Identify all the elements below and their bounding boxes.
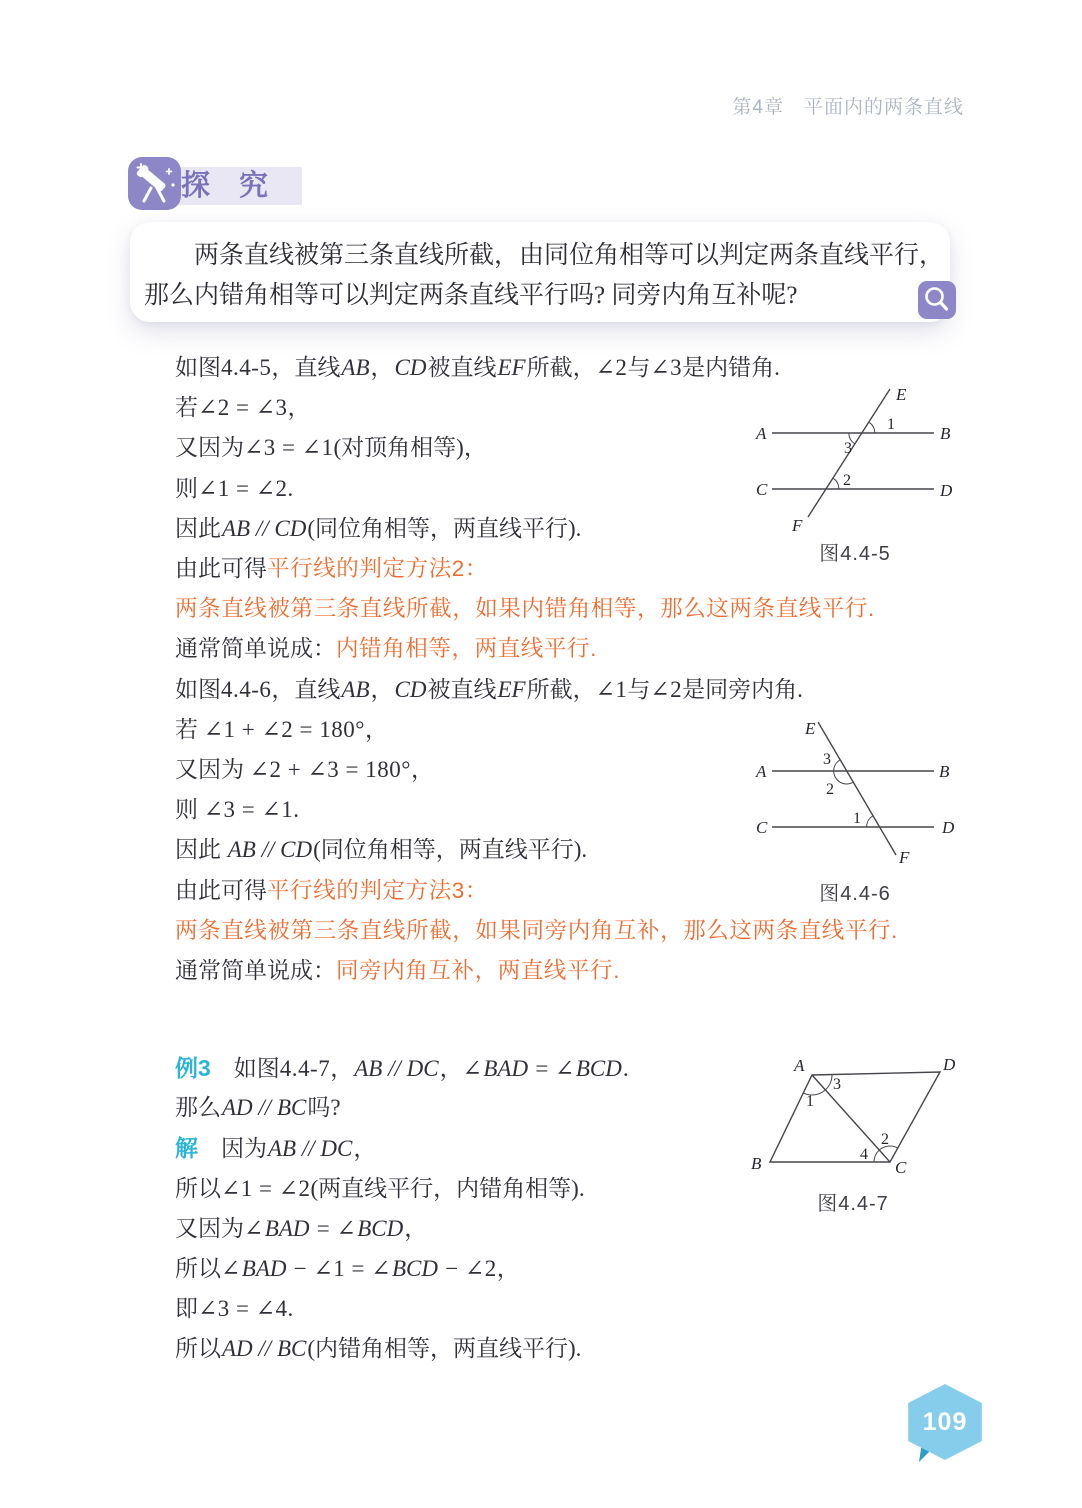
telescope-icon: [128, 157, 181, 210]
text-line: 所以∠1 = ∠2(两直线平行，内错角相等).: [175, 1169, 585, 1209]
text-line: 由此可得平行线的判定方法3：: [175, 871, 488, 911]
text-segment: 与: [627, 355, 650, 380]
text-line: 由此可得平行线的判定方法2：: [175, 549, 488, 589]
text-segment: BCD: [391, 1256, 439, 1281]
text-segment: 因为: [198, 1136, 267, 1161]
text-line: 若∠2 = ∠3，: [175, 388, 311, 428]
text-segment: 两条直线被第三条直线所截，如果同旁内角互补，那么这两条直线平行.: [175, 918, 898, 943]
point-label-B: B: [939, 762, 950, 781]
text-segment: 是内错角.: [682, 355, 780, 380]
text-segment: 则: [175, 797, 204, 822]
text-segment: ，: [330, 1056, 353, 1081]
text-segment: 所截，: [527, 355, 596, 380]
text-line: 则 ∠3 = ∠1.: [175, 790, 300, 830]
text-segment: 是同旁内角.: [682, 677, 803, 702]
text-segment: ∠1 = ∠2: [221, 1176, 311, 1201]
text-line: 因此AB // CD(同位角相等，两直线平行).: [175, 509, 581, 549]
text-segment: 如图: [211, 1056, 280, 1081]
text-segment: − ∠2: [439, 1256, 497, 1281]
text-segment: 4.4-7: [280, 1056, 330, 1081]
text-segment: ∠3 = ∠4.: [198, 1296, 294, 1321]
text-segment: BAD: [241, 1256, 288, 1281]
text-segment: BAD: [264, 1216, 311, 1241]
text-segment: ∠1 = ∠2.: [198, 476, 294, 501]
text-segment: (两直线平行，内错角相等).: [311, 1176, 585, 1201]
point-label-C: C: [756, 480, 768, 499]
text-segment: = ∠: [311, 1216, 357, 1241]
text-segment: 通常简单说成：: [175, 958, 336, 983]
text-segment: AB: [340, 355, 370, 380]
text-segment: 如图: [175, 355, 221, 380]
text-segment: 被直线: [427, 355, 496, 380]
text-line: 例3 如图4.4-7，AB // DC，∠BAD = ∠BCD.: [175, 1048, 629, 1088]
point-label-D: D: [939, 481, 953, 500]
text-segment: 通常简单说成：: [175, 636, 336, 661]
text-segment: ，直线: [271, 677, 340, 702]
text-segment: (同位角相等，两直线平行).: [307, 516, 581, 541]
bubble-hexagon: 109: [905, 1384, 985, 1460]
point-label-B: B: [940, 424, 951, 443]
figure-caption: 图4.4-5: [750, 537, 960, 566]
page-number: 109: [923, 1408, 968, 1437]
text-segment: AB // CD: [221, 516, 307, 541]
text-segment: AB: [340, 677, 370, 702]
text-segment: EF: [496, 677, 526, 702]
text-segment: 平行线的判定方法3：: [267, 878, 488, 903]
point-label-D: D: [942, 1055, 956, 1074]
point-label-C: C: [756, 818, 768, 837]
text-segment: AB // DC: [267, 1136, 353, 1161]
text-segment: 例3: [175, 1055, 211, 1081]
text-segment: ，: [371, 355, 394, 380]
point-label-D: D: [941, 818, 955, 837]
text-line: 通常简单说成：同旁内角互补，两直线平行.: [175, 951, 620, 991]
text-segment: 所以: [175, 1176, 221, 1201]
explore-badge-label: 探 究: [181, 167, 268, 205]
page-number-bubble: 109: [905, 1384, 985, 1462]
magnifier-button[interactable]: [918, 281, 956, 319]
text-line: 两条直线被第三条直线所截，如果同旁内角互补，那么这两条直线平行.: [175, 911, 898, 951]
text-segment: 4.4-5: [221, 355, 271, 380]
diagonal-AC: [812, 1075, 890, 1162]
text-segment: ∠1: [596, 677, 628, 702]
text-line: 如图4.4-5，直线AB，CD被直线EF所截，∠2与∠3是内错角.: [175, 348, 780, 388]
text-segment: 吗?: [307, 1095, 340, 1120]
text-segment: ，: [411, 757, 434, 782]
angle-label-4: 4: [860, 1146, 868, 1163]
text-line: 通常简单说成：内错角相等，两直线平行.: [175, 629, 597, 669]
textbook-page: 第4章 平面内的两条直线 探 究 两条直线被第三条直线所截，由同位角相等可以判定…: [0, 0, 1082, 1508]
text-segment: BCD: [356, 1216, 404, 1241]
text-segment: (内错角相等，两直线平行).: [307, 1336, 581, 1361]
text-segment: ，: [440, 1056, 463, 1081]
text-segment: 那么: [175, 1095, 221, 1120]
text-segment: 与: [627, 677, 650, 702]
question-text-line1: 两条直线被第三条直线所截，由同位角相等可以判定两条直线平行，: [130, 236, 950, 276]
text-segment: 被直线: [427, 677, 496, 702]
text-segment: ∠: [463, 1056, 483, 1081]
text-segment: EF: [496, 355, 526, 380]
text-line: 如图4.4-6，直线AB，CD被直线EF所截，∠1与∠2是同旁内角.: [175, 670, 803, 710]
angle-label-3: 3: [833, 1076, 841, 1093]
angle-1-arc: [869, 422, 875, 433]
text-segment: 解: [175, 1135, 198, 1161]
point-label-A: A: [755, 762, 767, 781]
text-segment: ，: [497, 1256, 520, 1281]
chapter-header: 第4章 平面内的两条直线: [732, 92, 964, 119]
text-line: 则∠1 = ∠2.: [175, 469, 294, 509]
text-segment: 同旁内角互补，两直线平行.: [336, 958, 620, 983]
text-segment: 所截，: [527, 677, 596, 702]
text-segment: 又因为: [175, 757, 250, 782]
text-segment: ∠1 + ∠2 = 180°: [204, 717, 365, 742]
text-segment: ，: [404, 1216, 427, 1241]
text-segment: BCD: [575, 1056, 623, 1081]
figure-4-4-6: A B C D E F 3 2 1: [750, 715, 960, 878]
text-segment: 内错角相等，两直线平行.: [336, 636, 597, 661]
figure-4-4-7: A D B C 1 3 2 4: [745, 1050, 960, 1190]
text-segment: ∠3: [650, 355, 682, 380]
text-segment: 因此: [175, 837, 227, 862]
text-segment: 即: [175, 1296, 198, 1321]
text-line: 又因为∠BAD = ∠BCD，: [175, 1209, 427, 1249]
text-segment: ∠2 + ∠3 = 180°: [250, 757, 411, 782]
text-segment: (同位角相等，两直线平行).: [313, 837, 587, 862]
magnifier-icon: [918, 281, 956, 319]
text-segment: ，: [288, 395, 311, 420]
text-line: 那么AD // BC吗?: [175, 1088, 341, 1128]
figure-caption: 图4.4-7: [748, 1187, 958, 1216]
text-segment: 因此: [175, 516, 221, 541]
angle-label-2: 2: [881, 1131, 889, 1148]
text-segment: 两条直线被第三条直线所截，如果内错角相等，那么这两条直线平行.: [175, 596, 875, 621]
text-segment: 又因为: [175, 435, 244, 460]
point-label-A: A: [755, 424, 767, 443]
angle-label-2: 2: [843, 472, 851, 489]
text-segment: ∠: [244, 1216, 264, 1241]
text-segment: ，: [353, 1136, 376, 1161]
angle-label-3: 3: [823, 751, 831, 768]
text-segment: AD // BC: [221, 1095, 307, 1120]
text-segment: .: [623, 1056, 629, 1081]
angle-label-1: 1: [887, 416, 895, 433]
text-line: 所以∠BAD − ∠1 = ∠BCD − ∠2，: [175, 1249, 520, 1289]
text-segment: AB // CD: [227, 837, 313, 862]
text-segment: ，: [365, 717, 388, 742]
angle-label-2: 2: [826, 781, 834, 798]
figure-4-4-5: A B C D E F 1 3 2: [750, 385, 960, 542]
text-segment: 平行线的判定方法2：: [267, 556, 488, 581]
text-line: 因此 AB // CD(同位角相等，两直线平行).: [175, 830, 587, 870]
text-segment: ∠2: [596, 355, 628, 380]
text-segment: ，: [371, 677, 394, 702]
text-segment: ∠: [221, 1256, 241, 1281]
text-segment: AD // BC: [221, 1336, 307, 1361]
point-label-F: F: [898, 848, 910, 867]
angle-label-1: 1: [806, 1093, 814, 1110]
angle-label-1: 1: [853, 810, 861, 827]
point-label-E: E: [804, 719, 816, 738]
text-line: 又因为 ∠2 + ∠3 = 180°，: [175, 750, 434, 790]
angle-1-arc: [867, 816, 873, 827]
text-line: 所以AD // BC(内错角相等，两直线平行).: [175, 1329, 581, 1369]
text-segment: 由此可得: [175, 878, 267, 903]
text-segment: ∠2 = ∠3: [198, 395, 288, 420]
text-segment: 4.4-6: [221, 677, 271, 702]
text-segment: ，直线: [271, 355, 340, 380]
point-label-E: E: [895, 385, 907, 404]
question-text-line2: 那么内错角相等可以判定两条直线平行吗? 同旁内角互补呢?: [130, 276, 950, 316]
point-label-B: B: [751, 1154, 762, 1173]
text-segment: = ∠: [529, 1056, 575, 1081]
point-label-C: C: [895, 1158, 907, 1177]
text-segment: CD: [394, 677, 428, 702]
text-segment: 又因为: [175, 1216, 244, 1241]
text-segment: ∠2: [650, 677, 682, 702]
text-segment: ∠3 = ∠1: [244, 435, 334, 460]
text-segment: 若: [175, 395, 198, 420]
angle-label-3: 3: [844, 440, 852, 457]
text-segment: 则: [175, 476, 198, 501]
text-segment: − ∠1 = ∠: [288, 1256, 392, 1281]
text-segment: ∠3 = ∠1.: [204, 797, 300, 822]
angle-3-arc: [834, 760, 840, 771]
question-box: 两条直线被第三条直线所截，由同位角相等可以判定两条直线平行， 那么内错角相等可以…: [130, 222, 950, 322]
text-line: 若 ∠1 + ∠2 = 180°，: [175, 710, 388, 750]
text-segment: (对顶角相等)，: [334, 435, 487, 460]
text-line: 即∠3 = ∠4.: [175, 1289, 294, 1329]
text-segment: CD: [394, 355, 428, 380]
text-segment: AB // DC: [353, 1056, 439, 1081]
text-segment: 所以: [175, 1336, 221, 1361]
angle-2-arc: [833, 478, 839, 489]
quadrilateral-ABCD: [770, 1072, 940, 1162]
point-label-A: A: [793, 1056, 805, 1075]
text-line: 解 因为AB // DC，: [175, 1128, 376, 1168]
point-label-F: F: [791, 516, 803, 535]
text-segment: 所以: [175, 1256, 221, 1281]
text-segment: 由此可得: [175, 556, 267, 581]
text-segment: 如图: [175, 677, 221, 702]
figure-caption: 图4.4-6: [750, 877, 960, 906]
text-segment: 若: [175, 717, 204, 742]
text-line: 两条直线被第三条直线所截，如果内错角相等，那么这两条直线平行.: [175, 589, 875, 629]
text-line: 又因为∠3 = ∠1(对顶角相等)，: [175, 428, 487, 468]
text-segment: BAD: [482, 1056, 529, 1081]
